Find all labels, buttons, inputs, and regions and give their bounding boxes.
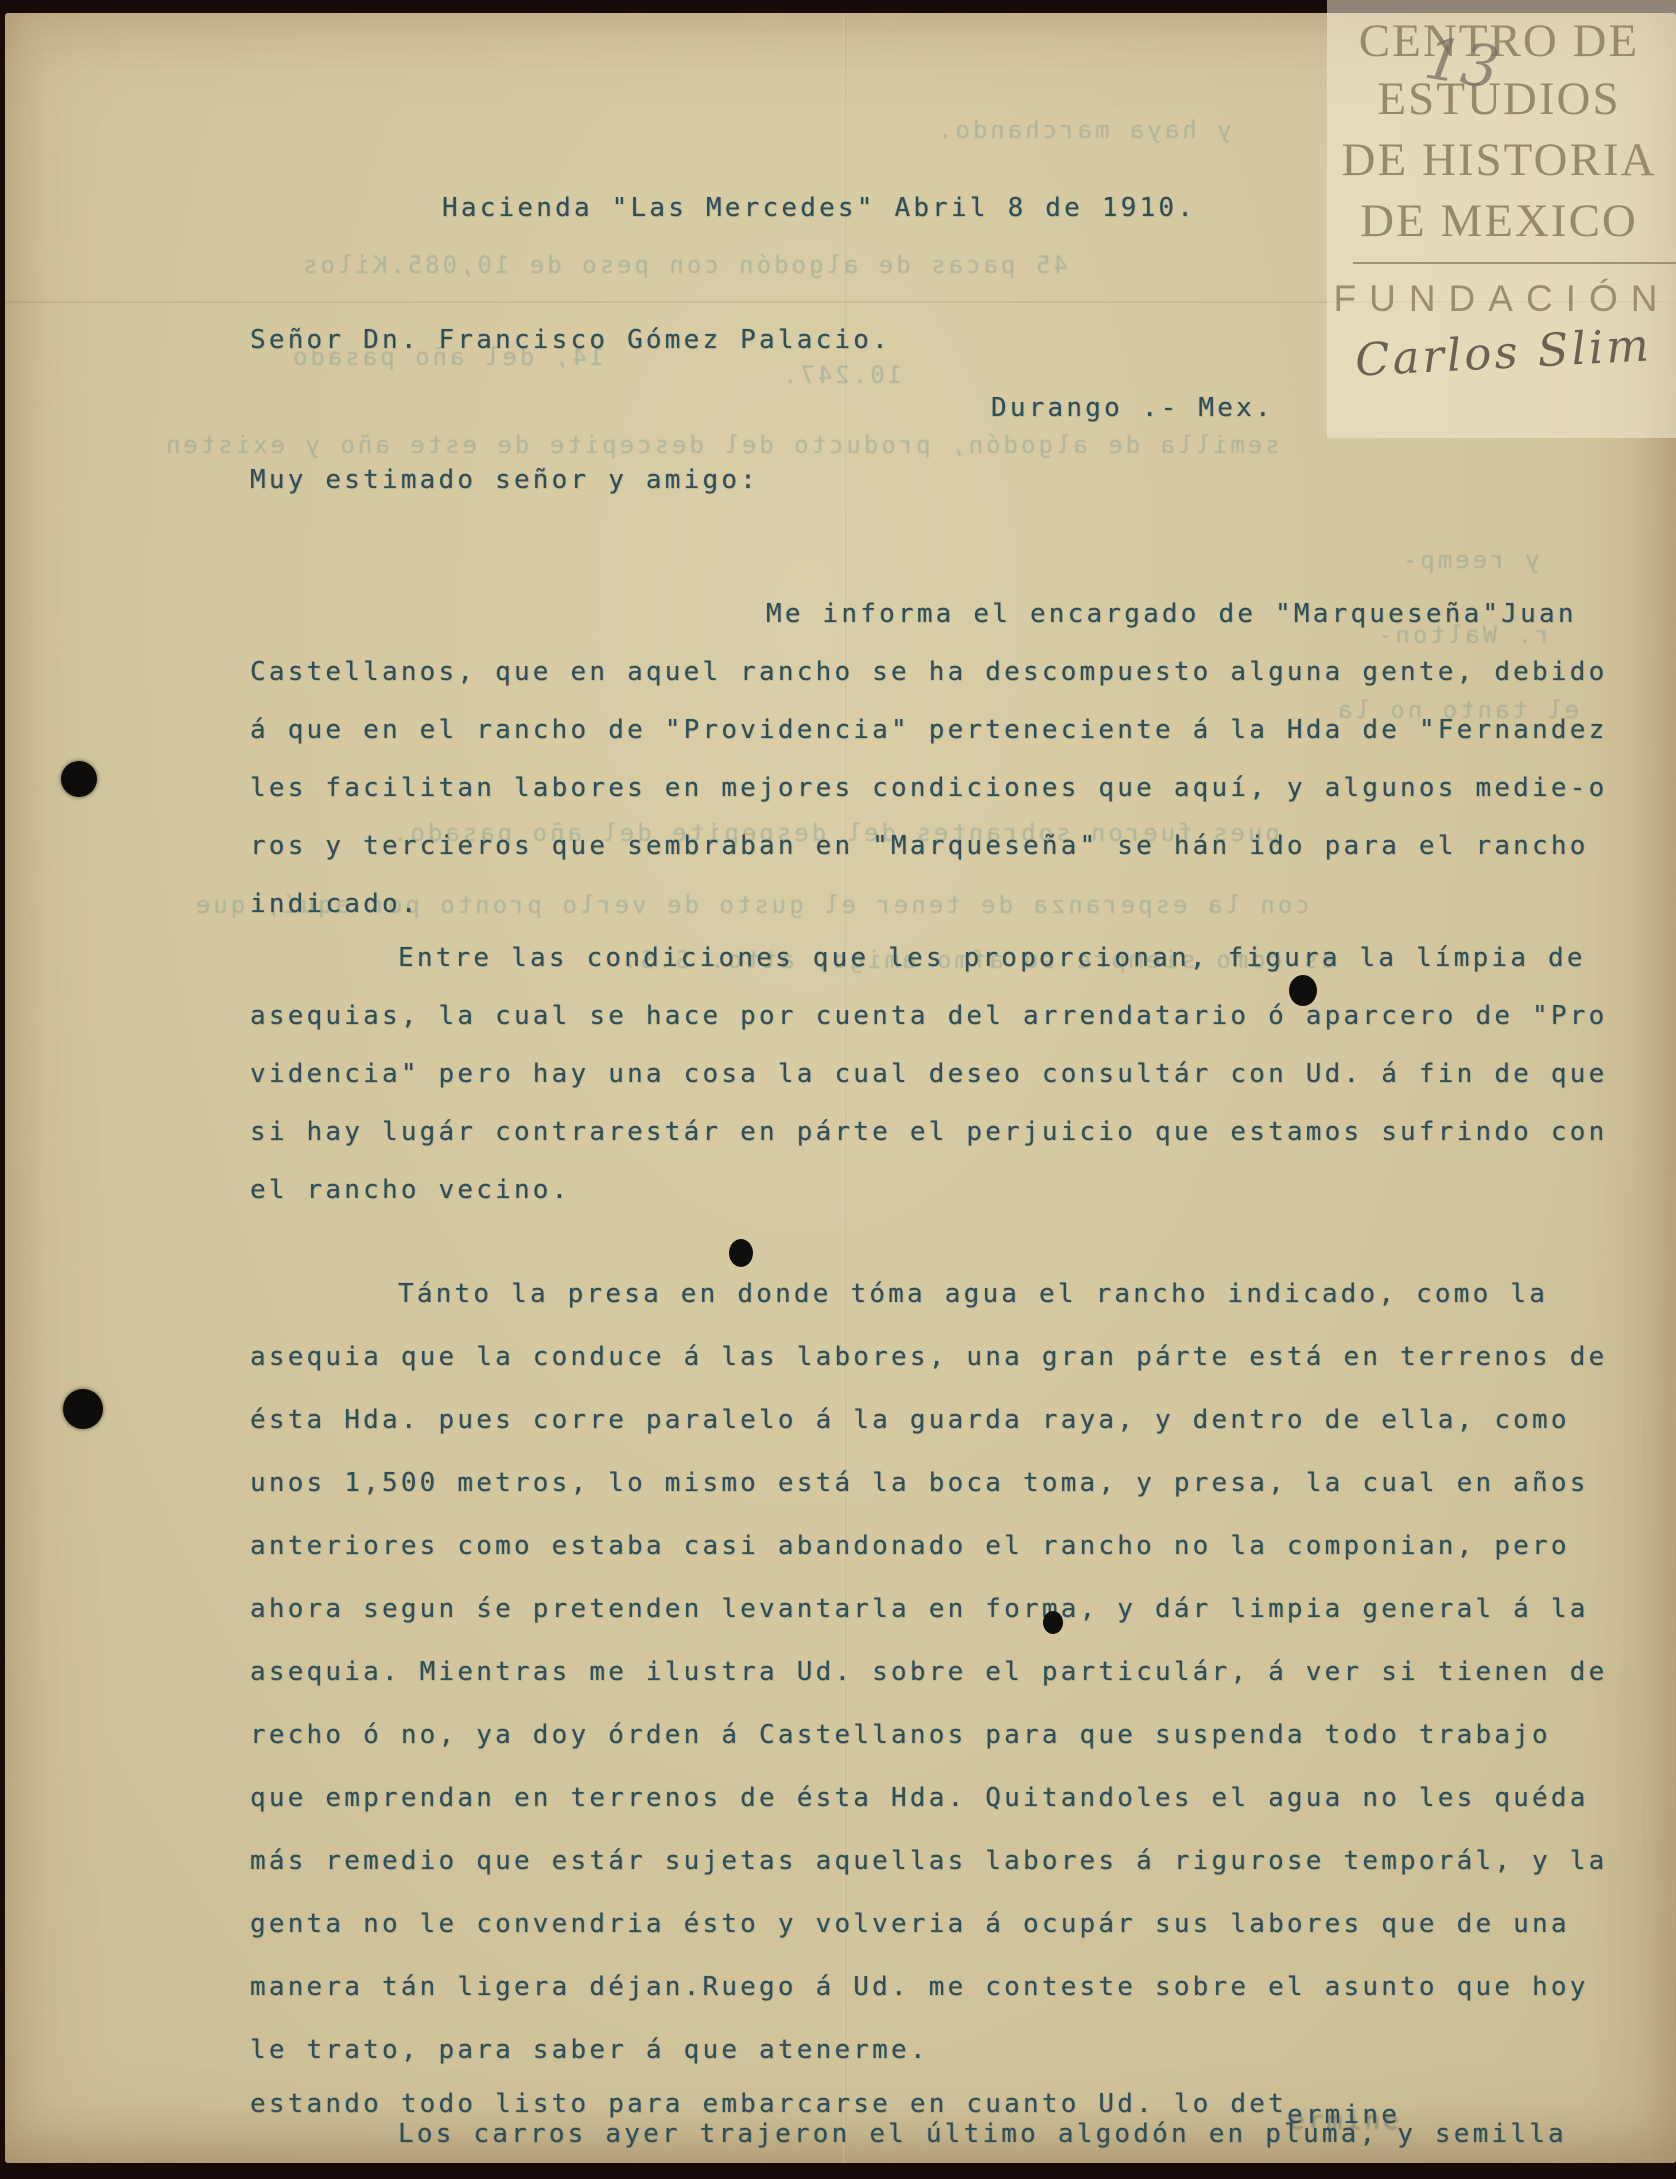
typewritten-line: más remedio que estár sujetas aquellas l… <box>250 1846 1607 1909</box>
stamp-foundation-label: FUNDACIÓN <box>1327 278 1676 320</box>
last-line-main: estando todo listo para embarcarse en cu… <box>250 2089 1287 2119</box>
letter-dateline: Hacienda "Las Mercedes" Abril 8 de 1910. <box>442 193 1196 223</box>
typewritten-line: Me informa el encargado de "Marqueseña"J… <box>250 599 1607 657</box>
typewritten-line: recho ó no, ya doy órden á Castellanos p… <box>250 1720 1607 1783</box>
letter-paper-sheet: y haya marchando.45 pacas de algodón con… <box>5 13 1676 2163</box>
stamp-text-line: DE HISTORIA <box>1327 133 1671 187</box>
typewritten-line: asequia. Mientras me ilustra Ud. sobre e… <box>250 1657 1607 1720</box>
typewritten-line: si hay lugár contrarestár en párte el pe… <box>250 1117 1607 1175</box>
stamp-text-line: ESTUDIOS <box>1327 72 1671 126</box>
typewritten-line: manera tán ligera déjan.Ruego á Ud. me c… <box>250 1972 1607 2035</box>
typewritten-line: que emprendan en terrenos de ésta Hda. Q… <box>250 1783 1607 1846</box>
typewritten-line: anteriores como estaba casi abandonado e… <box>250 1531 1607 1594</box>
typewritten-line: ahora segun śe pretenden levantarla en f… <box>250 1594 1607 1657</box>
typewritten-line: Castellanos, que en aquel rancho se ha d… <box>250 657 1607 715</box>
typewritten-line: unos 1,500 metros, lo mismo está la boca… <box>250 1468 1607 1531</box>
typewritten-line: Entre las condiciones que les proporcion… <box>250 943 1607 1001</box>
ink-blot <box>1043 1611 1063 1634</box>
ink-blot <box>729 1239 753 1267</box>
ink-blot <box>1289 975 1317 1006</box>
typewritten-line: Tánto la presa en donde tóma agua el ran… <box>250 1279 1607 1342</box>
letter-place: Durango .- Mex. <box>991 393 1274 423</box>
bleedthrough-fragment: 45 pacas de algodón con peso de 10,085.K… <box>300 251 1068 279</box>
stamp-text-line: DE MEXICO <box>1327 194 1671 248</box>
letter-paragraph-2: Entre las condiciones que les proporcion… <box>250 853 1607 1233</box>
punch-hole <box>61 761 97 797</box>
typewritten-line: asequia que la conduce á las labores, un… <box>250 1342 1607 1405</box>
archive-stamp: CENTRO DE ESTUDIOS DE HISTORIA DE MEXICO… <box>1327 0 1676 438</box>
typewritten-line: videncia" pero hay una cosa la cual dese… <box>250 1059 1607 1117</box>
scanned-letter-page: { "archive_stamp": { "lines": ["CENTRO D… <box>0 0 1676 2179</box>
carlos-slim-signature: Carlos Slim <box>1354 318 1653 386</box>
punch-hole <box>63 1389 103 1429</box>
typewritten-line: les facilitan labores en mejores condici… <box>250 773 1607 831</box>
typewritten-line: á que en el rancho de "Providencia" pert… <box>250 715 1607 773</box>
typewritten-line: ésta Hda. pues corre paralelo á la guard… <box>250 1405 1607 1468</box>
letter-last-line: estando todo listo para embarcarse en cu… <box>250 2089 1400 2119</box>
typewritten-line: asequias, la cual se hace por cuenta del… <box>250 1001 1607 1059</box>
bleedthrough-fragment: y haya marchando. <box>935 116 1232 144</box>
bleedthrough-fragment: 10.247. <box>780 361 902 389</box>
letter-salutation: Muy estimado señor y amigo: <box>250 465 759 495</box>
handwritten-folio-number: 13 <box>1420 24 1504 103</box>
letter-paragraph-3: Tánto la presa en donde tóma agua el ran… <box>250 1189 1607 2098</box>
stamp-divider-rule <box>1353 262 1676 264</box>
overtyped-fragment: ermine <box>1287 2100 1400 2130</box>
letter-addressee: Señor Dn. Francisco Gómez Palacio. <box>250 325 891 355</box>
typewritten-line: genta no le convendria ésto y volveria á… <box>250 1909 1607 1972</box>
bleedthrough-fragment: semilla de algodón, producto del descepi… <box>163 431 1280 459</box>
